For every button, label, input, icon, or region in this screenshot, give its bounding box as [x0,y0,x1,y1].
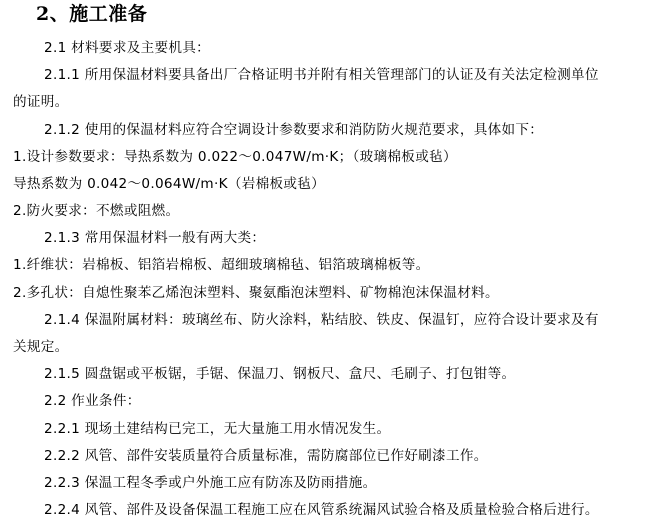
paragraph-2-2-1: 2.2.1 现场土建结构已完工，无大量施工用水情况发生。 [44,420,390,438]
paragraph-2-1-1-continued: 的证明。 [13,93,69,111]
paragraph-2-1-3: 2.1.3 常用保温材料一般有两大类： [44,229,265,247]
paragraph-2-1: 2.1 材料要求及主要机具： [44,39,210,57]
design-parameter-requirement: 1.设计参数要求：导热系数为 0.022～0.047W/m·K；（玻璃棉板或毡） [13,148,457,166]
fibrous-materials: 1.纤维状：岩棉板、铝箔岩棉板、超细玻璃棉毡、铝箔玻璃棉板等。 [13,256,430,274]
paragraph-2-1-4-continued: 关规定。 [13,338,69,356]
paragraph-2-1-1: 2.1.1 所用保温材料要具备出厂合格证明书并附有相关管理部门的认证及有关法定检… [44,66,599,84]
section-heading: 2、施工准备 [36,2,147,26]
porous-materials: 2.多孔状：自熄性聚苯乙烯泡沫塑料、聚氨酯泡沫塑料、矿物棉泡沫保温材料。 [13,284,499,302]
fire-requirement: 2.防火要求：不燃或阻燃。 [13,202,179,220]
paragraph-2-1-4: 2.1.4 保温附属材料：玻璃丝布、防火涂料，粘结胶、铁皮、保温钉，应符合设计要… [44,311,599,329]
thermal-conductivity-rock-wool: 导热系数为 0.042～0.064W/m·K（岩棉板或毡） [13,175,325,193]
paragraph-2-2-3: 2.2.3 保温工程冬季或户外施工应有防冻及防雨措施。 [44,474,376,492]
paragraph-2-2-4: 2.2.4 风管、部件及设备保温工程施工应在风管系统漏风试验合格及质量检验合格后… [44,501,599,519]
document-page: 2、施工准备 2.1 材料要求及主要机具： 2.1.1 所用保温材料要具备出厂合… [0,0,646,526]
paragraph-2-1-5: 2.1.5 圆盘锯或平板锯，手锯、保温刀、钢板尺、盒尺、毛刷子、打包钳等。 [44,365,515,383]
paragraph-2-1-2: 2.1.2 使用的保温材料应符合空调设计参数要求和消防防火规范要求，具体如下： [44,121,543,139]
paragraph-2-2-2: 2.2.2 风管、部件安装质量符合质量标准，需防腐部位已作好刷漆工作。 [44,447,488,465]
paragraph-2-2: 2.2 作业条件： [44,392,141,410]
